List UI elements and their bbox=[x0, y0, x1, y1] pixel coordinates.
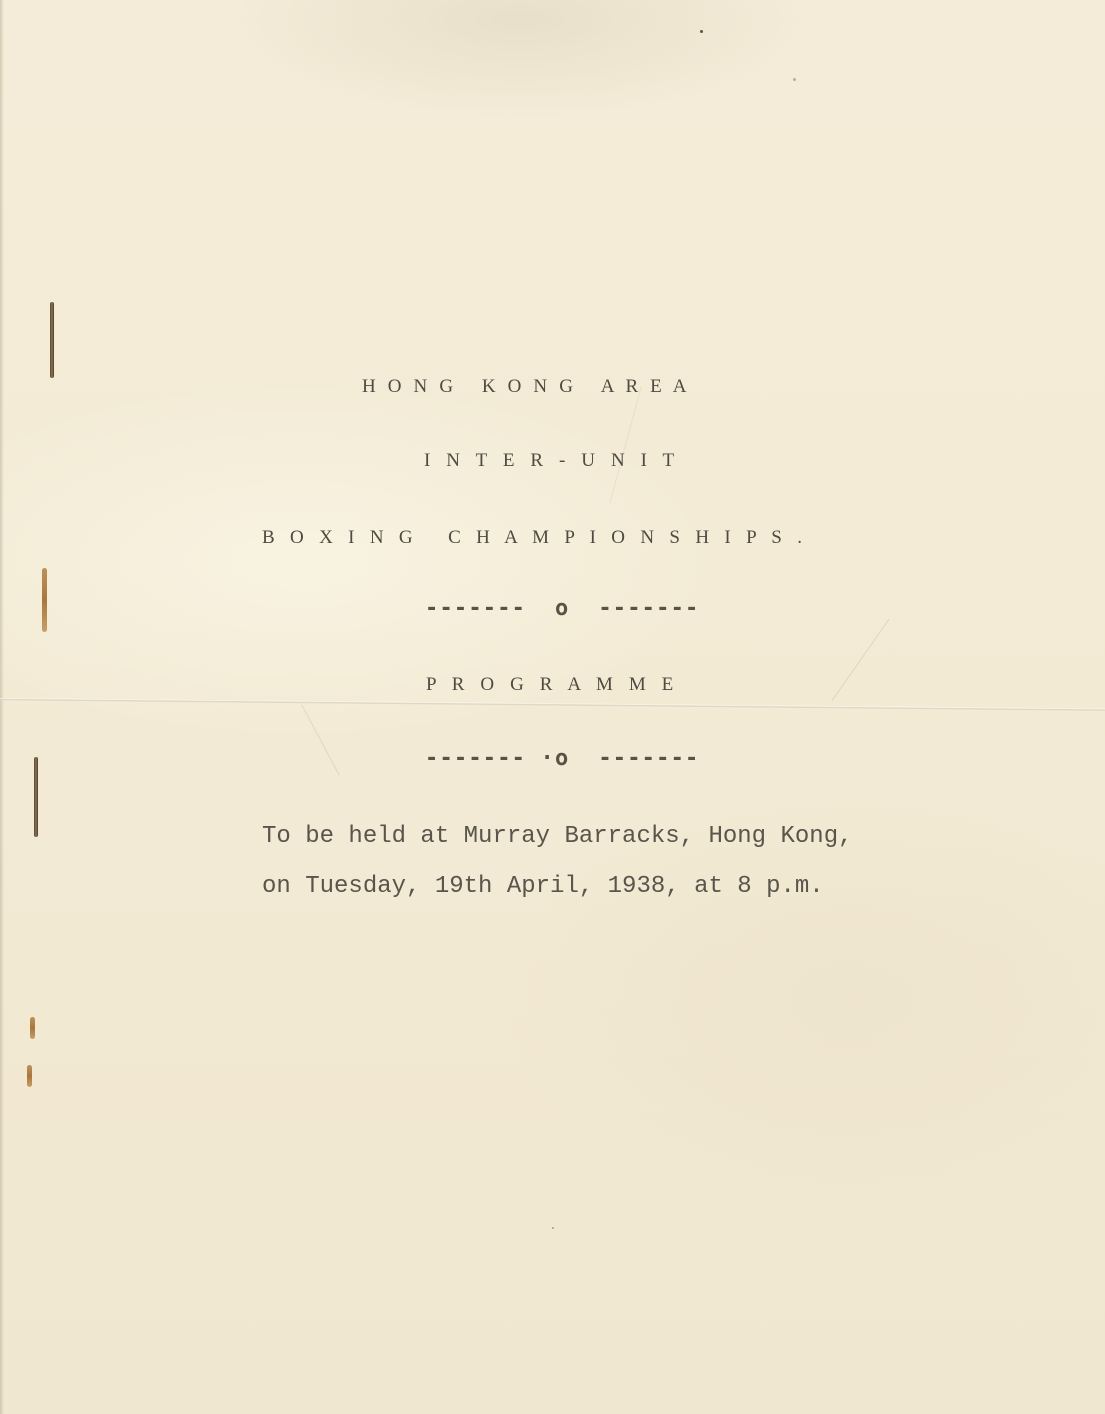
arc-crease bbox=[609, 387, 641, 503]
heading-hong-kong-area: H O N G K O N G A R E A bbox=[362, 377, 690, 396]
separator-rule: ------- ·o ------- bbox=[425, 748, 699, 770]
heading-boxing-championships: B O X I N G C H A M P I O N S H I P S . bbox=[262, 528, 807, 547]
rust-mark bbox=[30, 1017, 35, 1039]
staple-middle bbox=[34, 757, 38, 837]
ink-speck bbox=[552, 1227, 554, 1229]
diagonal-crease bbox=[831, 619, 889, 701]
event-date-line: on Tuesday, 19th April, 1938, at 8 p.m. bbox=[262, 875, 824, 899]
event-venue-line: To be held at Murray Barracks, Hong Kong… bbox=[262, 825, 853, 849]
diagonal-crease bbox=[301, 704, 339, 775]
staple-top bbox=[50, 302, 54, 378]
separator-rule: ------- o ------- bbox=[425, 598, 699, 620]
rust-mark bbox=[42, 568, 47, 632]
rust-mark bbox=[27, 1065, 32, 1087]
horizontal-fold-crease bbox=[0, 698, 1105, 712]
ink-speck bbox=[793, 78, 796, 81]
document-page: H O N G K O N G A R E A I N T E R - U N … bbox=[0, 0, 1105, 1414]
ink-speck bbox=[700, 30, 703, 33]
heading-inter-unit: I N T E R - U N I T bbox=[424, 451, 680, 470]
subtitle-programme: P R O G R A M M E bbox=[426, 675, 679, 694]
page-left-edge bbox=[0, 0, 4, 1414]
